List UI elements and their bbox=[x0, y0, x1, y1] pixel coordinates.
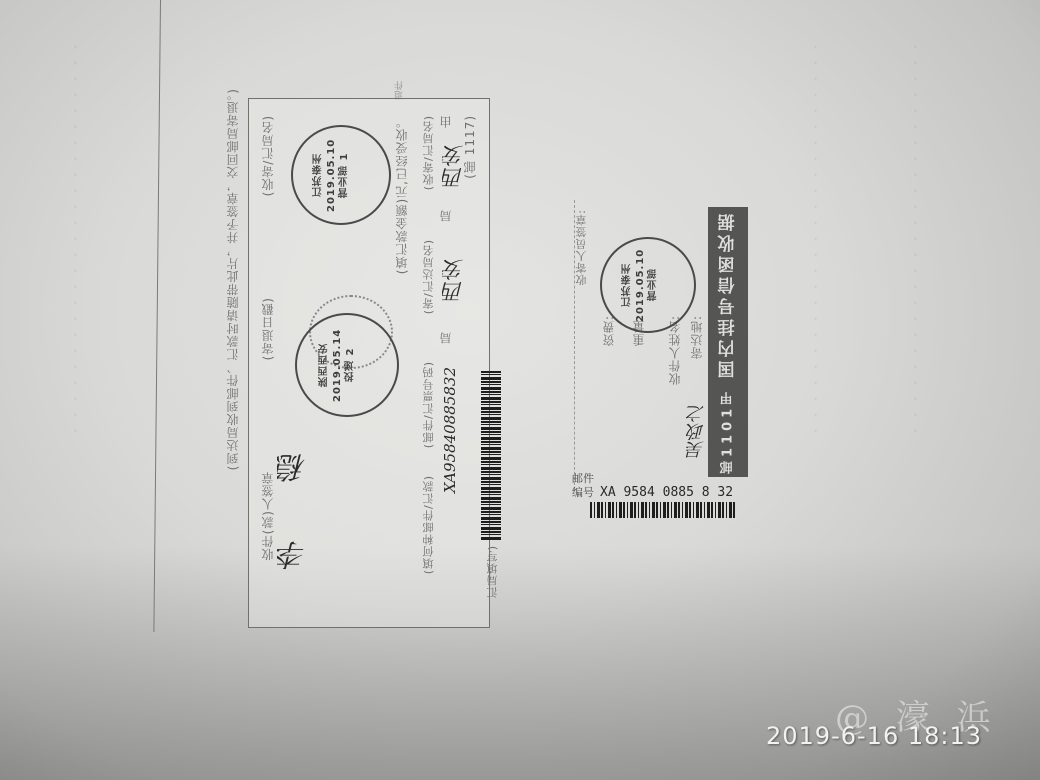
mail-barcode bbox=[590, 502, 736, 518]
office-label: 局 bbox=[437, 209, 454, 222]
receipt-form-code: 邮1101甲 bbox=[719, 388, 738, 474]
date-stamp-label: (寄退日戳) bbox=[259, 297, 276, 360]
type-sublabel: (填何种邮件/汇款) bbox=[421, 475, 437, 574]
from-office-sublabel: (收寄/汇局名) bbox=[421, 115, 437, 190]
office-stamp-label: (收寄/汇局名) bbox=[259, 115, 276, 196]
handwritten-to-office: 西安 bbox=[439, 259, 470, 303]
receipt-title: 国内挂号信函收据 bbox=[716, 210, 741, 378]
return-receipt-form-1117: (邮 1117) 由 (收寄/汇局名) (寄/汇达局名) (邮件/汇票号码) (… bbox=[248, 98, 490, 628]
clerk-label: 收寄人员签章: bbox=[574, 209, 590, 286]
bleed-through-text: ・・・・・・・・・・・・・・・・・・・・・・・・・ bbox=[60, 40, 86, 680]
recipient-name-handwritten: 吴政之 bbox=[684, 405, 710, 459]
bleed-through-text: ・・・・・・・・・・・・・・・・・・・・・・・・・ bbox=[900, 40, 926, 680]
receipt-title-band: 邮1101甲 国内挂号信函收据 bbox=[708, 207, 748, 477]
mail-number-value: XA 9584 0885 8 32 bbox=[600, 486, 733, 500]
handwritten-signature: 李 稳 bbox=[273, 429, 317, 571]
paper-fold-line bbox=[153, 0, 161, 632]
to-office-sublabel: (寄/汇达局名) bbox=[421, 239, 437, 314]
photo-timestamp: 2019-6-16 18:13 bbox=[766, 722, 982, 750]
delivery-postmark: 陕西西安 2019.05.14 投递 2 bbox=[295, 313, 399, 417]
from-label: 由 bbox=[437, 115, 454, 128]
amount-line: (填汇款金额)元,已经受收。 bbox=[393, 115, 410, 274]
mail-number: 邮件编号 XA 9584 0885 8 32 bbox=[572, 472, 600, 500]
handwritten-from-office: 西安 bbox=[439, 145, 470, 189]
registered-letter-receipt-1101: 邮1101甲 国内挂号信函收据 寄达地: 收件人姓名: 吴政之 重量: 资费: … bbox=[570, 205, 750, 515]
form-top-label: 退件 bbox=[393, 80, 406, 100]
office-label-2: 局 bbox=[437, 331, 454, 344]
destination-label: 寄达地: bbox=[688, 315, 705, 359]
footer-note: (到达局收到邮件、汇款时请随带此片，并予签章，交回邮局寄退。) bbox=[224, 88, 241, 470]
number-sublabel: (邮件/汇票号码) bbox=[421, 361, 437, 448]
mail-number-label: 邮件编号 bbox=[572, 472, 600, 500]
handwritten-mail-number: XA95840885832 bbox=[441, 367, 459, 493]
fill-note: 汇局填写) bbox=[485, 545, 501, 598]
barcode-label bbox=[481, 371, 501, 541]
office-postmark: 江苏泰州 2019.05.10 营业部 1 bbox=[291, 125, 391, 225]
receipt-postmark: 江苏泰州 2019.05.10 营业部 bbox=[600, 237, 696, 333]
bleed-through-text: ・・・・・・・・・・・・・・・・・・・・・・・・・ bbox=[800, 40, 826, 680]
